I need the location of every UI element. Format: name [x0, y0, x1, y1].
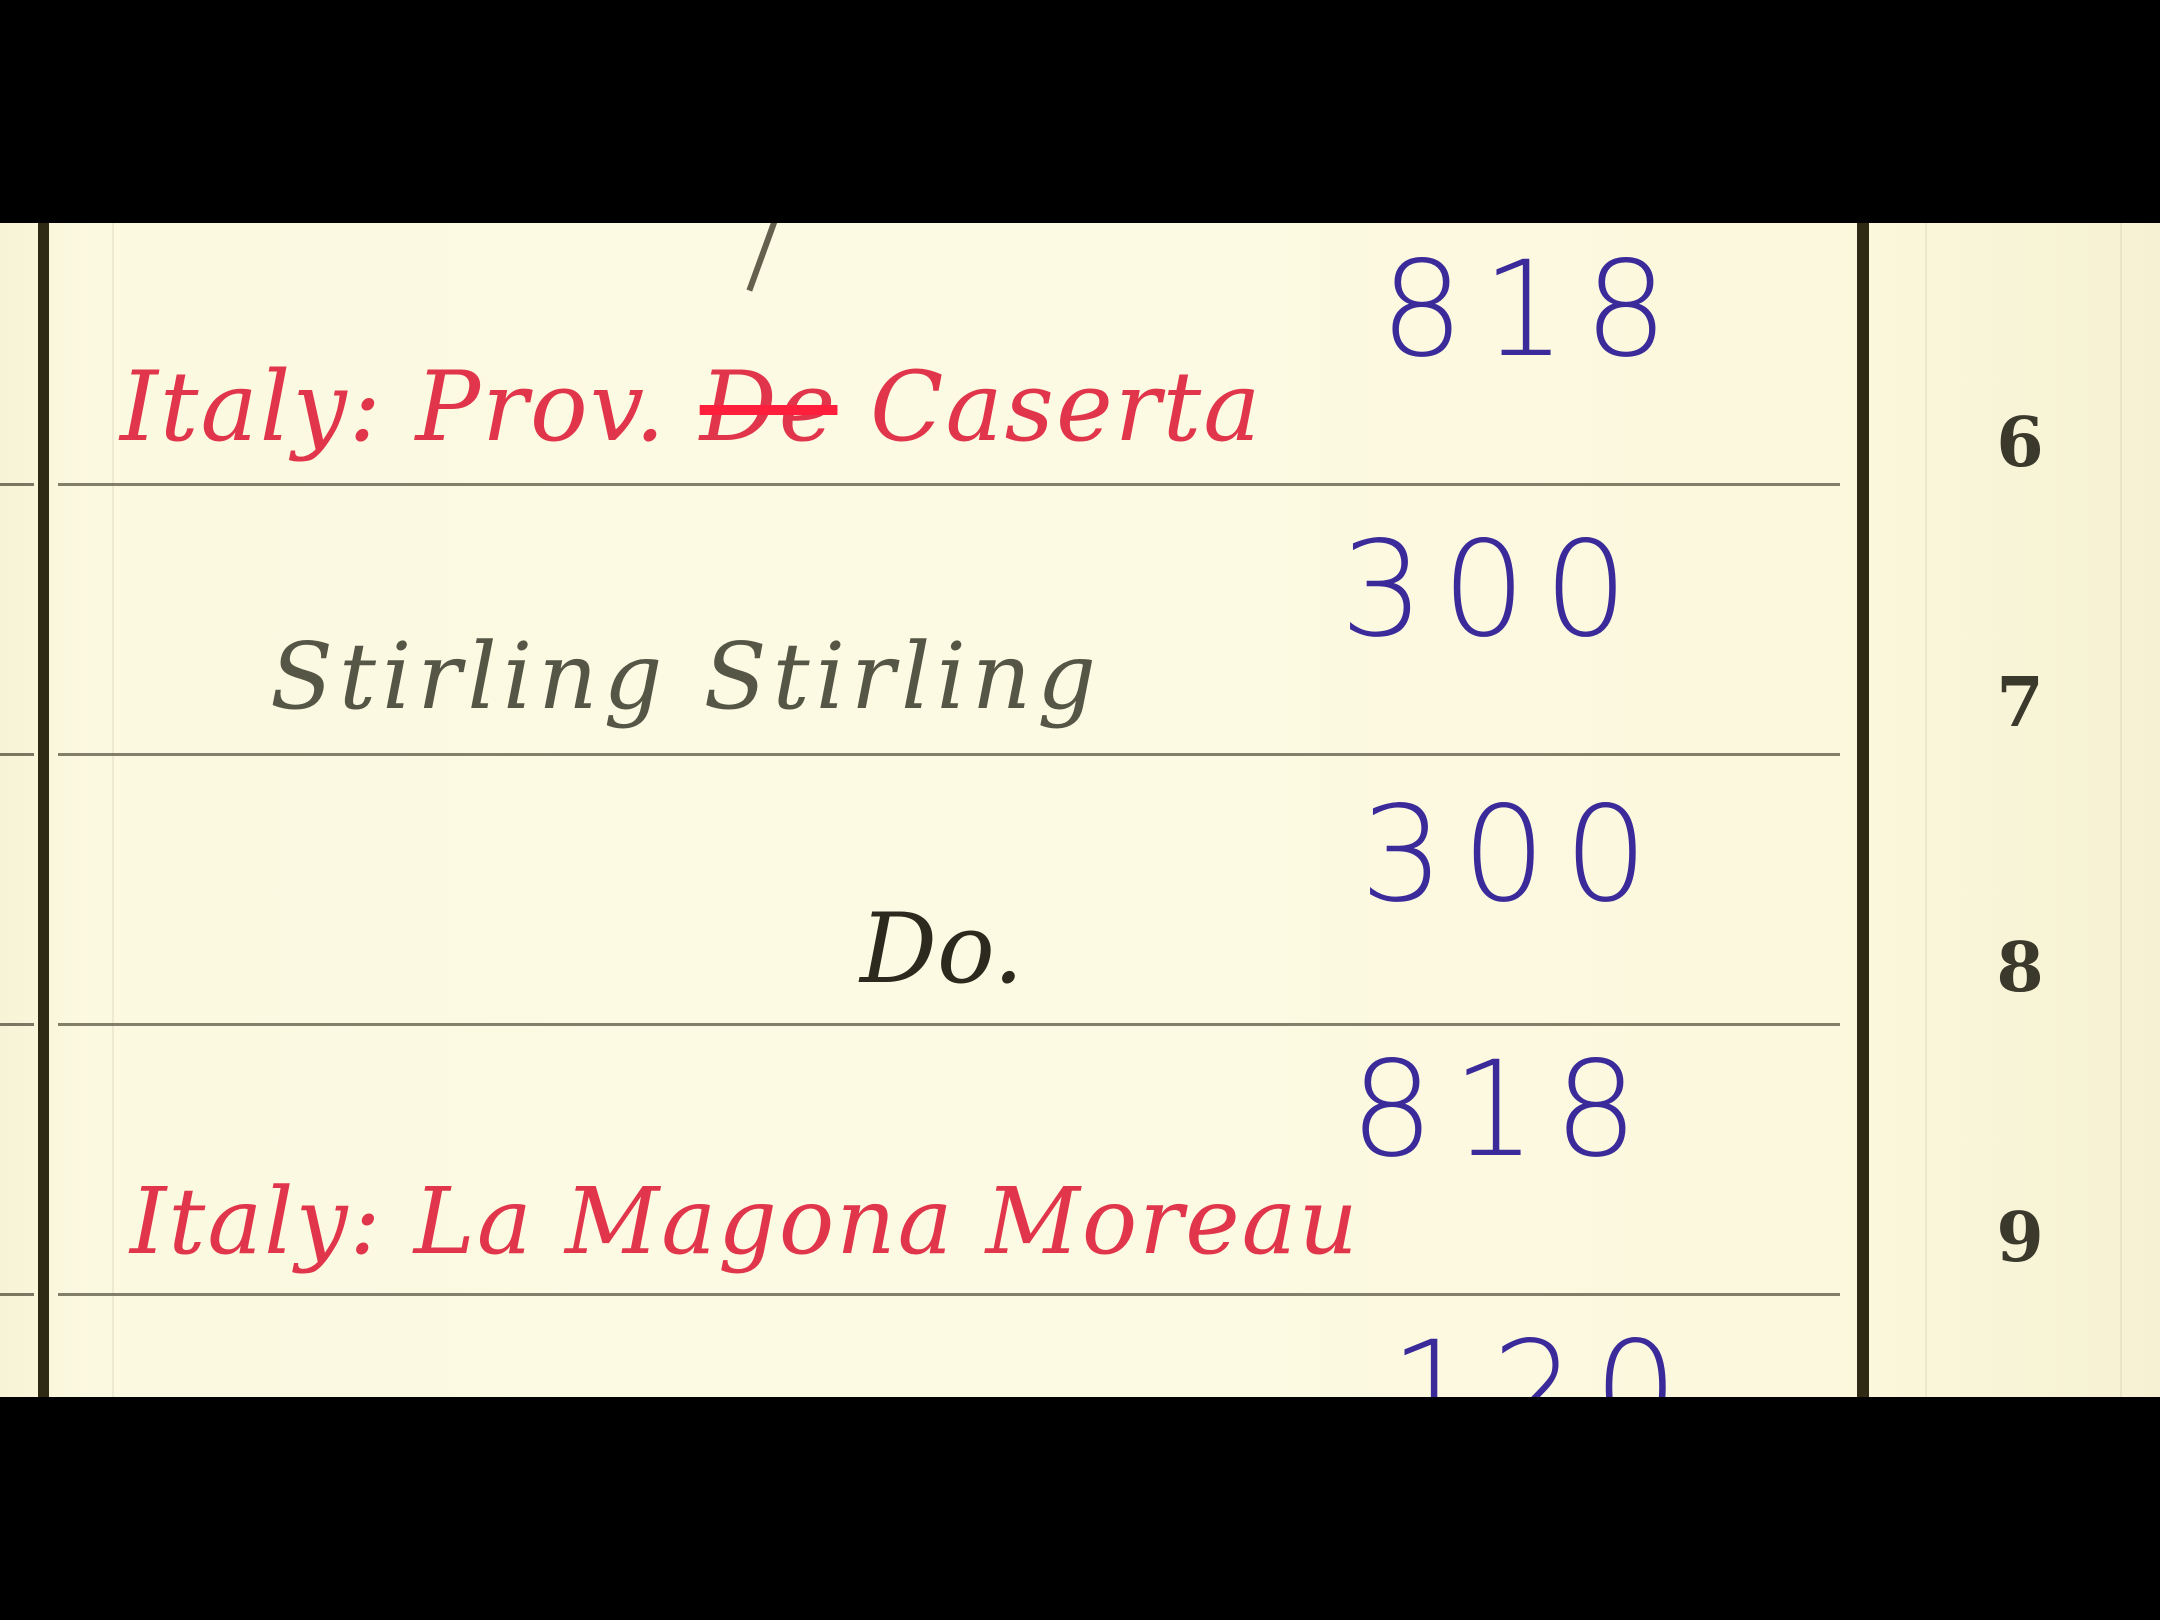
faint-guide-line [2120, 223, 2122, 1397]
amount-row-6: 818 [1380, 233, 1686, 387]
left-margin-rule-stub [0, 1023, 34, 1026]
entry-text: Caserta [837, 351, 1262, 463]
struck-out-text: De [700, 351, 838, 463]
left-column-rule [38, 223, 49, 1397]
row-rule [58, 483, 1840, 486]
row-number-9: 9 [1988, 1198, 2052, 1278]
row-rule [58, 1023, 1840, 1026]
entry-text: Italy: Prov. [120, 351, 700, 463]
right-column-rule [1857, 223, 1869, 1397]
entry-row-6: Italy: Prov. De Caserta [120, 351, 1262, 463]
faint-guide-line [1925, 223, 1927, 1397]
left-margin-rule-stub [0, 483, 34, 486]
left-margin-rule-stub [0, 753, 34, 756]
faint-guide-line [112, 223, 114, 1397]
row-number-6: 6 [1988, 403, 2052, 483]
entry-row-9: Italy: La Magona Moreau [130, 1168, 1360, 1275]
entry-row-8-ditto: Do. [860, 893, 1024, 1005]
pen-stroke-from-previous-row [747, 223, 780, 292]
row-rule [58, 753, 1840, 756]
amount-row-9: 818 [1350, 1033, 1656, 1187]
bottom-black-border [0, 1397, 2160, 1620]
row-number-7: 7 [1988, 663, 2052, 743]
row-rule [58, 1293, 1840, 1296]
top-black-border [0, 0, 2160, 223]
amount-partial-row: 120 [1390, 1313, 1696, 1397]
amount-row-7: 300 [1340, 513, 1646, 667]
left-margin-rule-stub [0, 1293, 34, 1296]
entry-row-7: Stirling Stirling [270, 623, 1102, 730]
row-number-8: 8 [1988, 928, 2052, 1008]
ledger-page: 818 Italy: Prov. De Caserta 6 300 Stirli… [0, 223, 2160, 1397]
amount-row-8: 300 [1360, 778, 1666, 932]
